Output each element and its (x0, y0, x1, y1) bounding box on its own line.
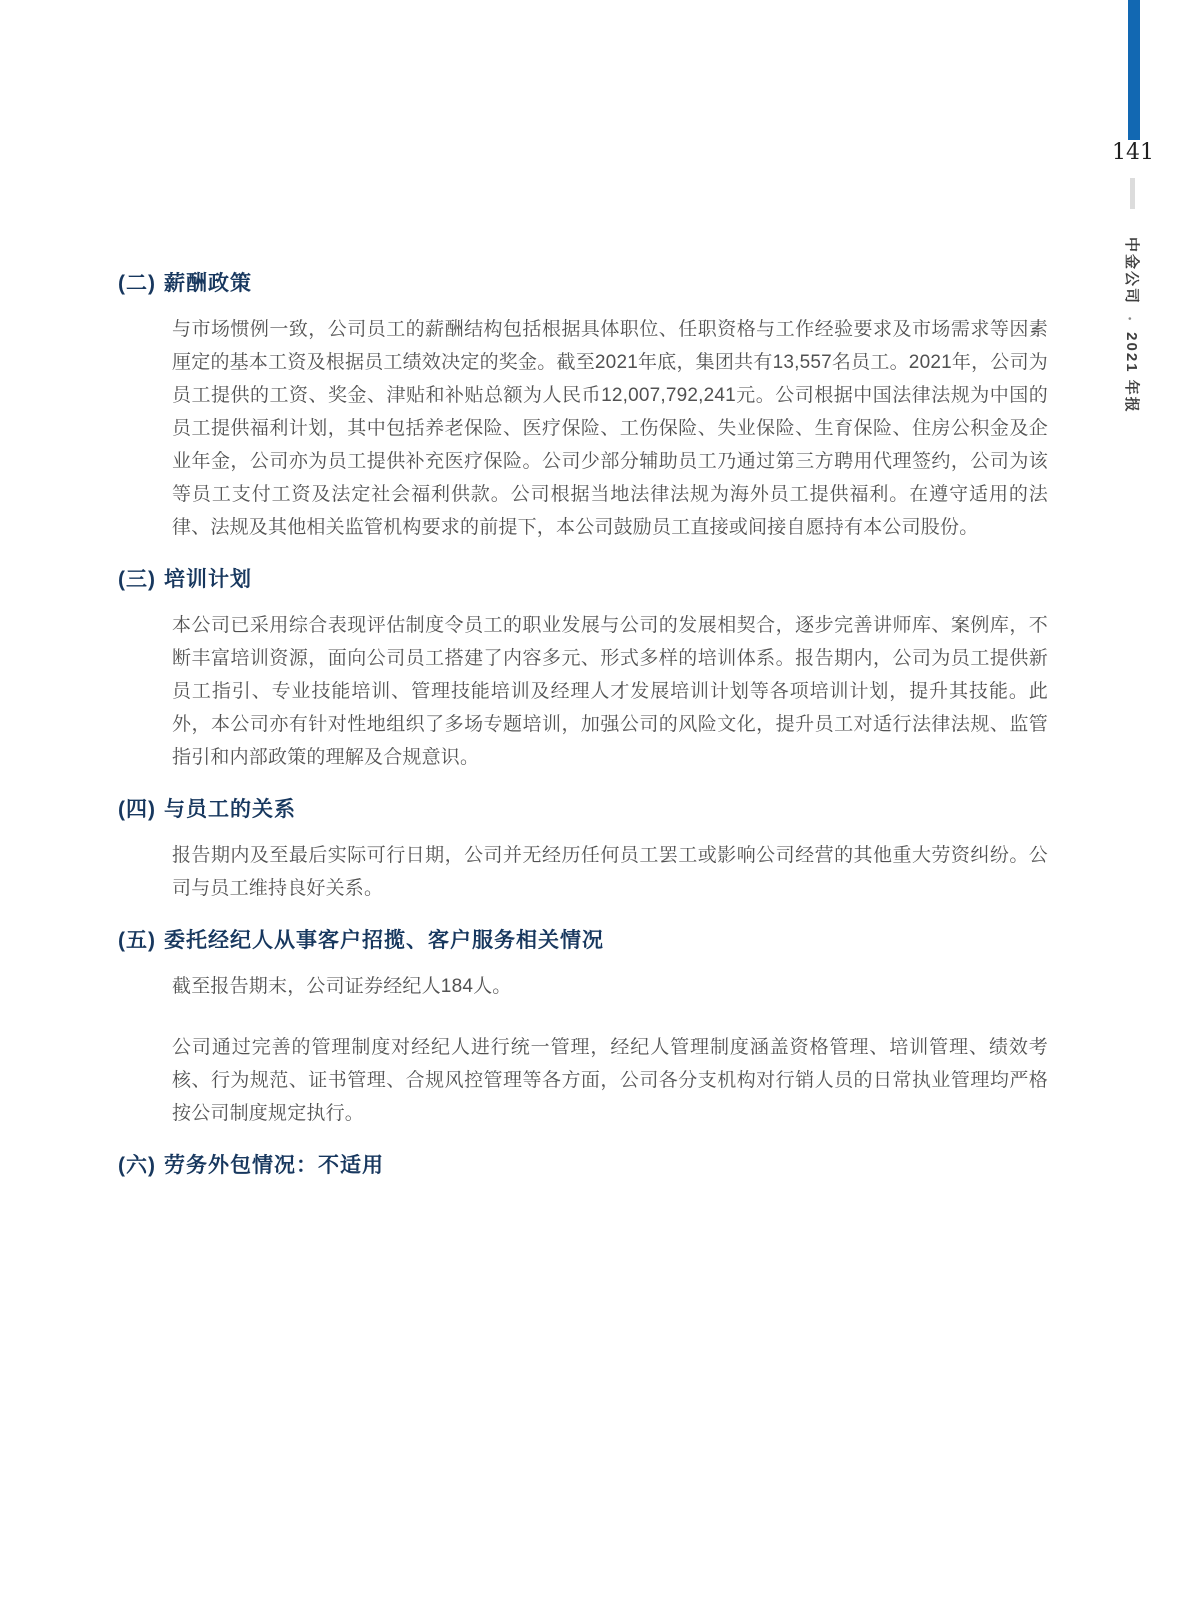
page-number-tick (1130, 178, 1135, 209)
paragraph: 报告期内及至最后实际可行日期，公司并无经历任何员工罢工或影响公司经营的其他重大劳… (172, 839, 1048, 905)
section-number: (三) (118, 568, 156, 591)
side-company-name: 中金公司 (1123, 237, 1140, 305)
section-heading: (二)薪酬政策 (118, 270, 1048, 298)
section-labor-outsourcing: (六)劳务外包情况：不适用 (118, 1152, 1048, 1180)
section-heading: (五)委托经纪人从事客户招揽、客户服务相关情况 (118, 927, 1048, 955)
section-training-plan: (三)培训计划 本公司已采用综合表现评估制度令员工的职业发展与公司的发展相契合，… (118, 566, 1048, 774)
side-separator-dot: • (1125, 317, 1135, 320)
paragraph: 与市场惯例一致，公司员工的薪酬结构包括根据具体职位、任职资格与工作经验要求及市场… (172, 313, 1048, 544)
section-title: 薪酬政策 (164, 272, 252, 295)
section-title: 劳务外包情况：不适用 (164, 1154, 384, 1177)
section-heading: (四)与员工的关系 (118, 796, 1048, 824)
accent-bar (1128, 0, 1140, 140)
paragraph: 公司通过完善的管理制度对经纪人进行统一管理，经纪人管理制度涵盖资格管理、培训管理… (172, 1031, 1048, 1130)
section-number: (六) (118, 1154, 156, 1177)
section-heading: (六)劳务外包情况：不适用 (118, 1152, 1048, 1180)
report-page: 141 中金公司•2021 年报 (二)薪酬政策 与市场惯例一致，公司员工的薪酬… (0, 0, 1190, 1615)
paragraph: 截至报告期末，公司证券经纪人184人。 (172, 970, 1048, 1003)
page-content: (二)薪酬政策 与市场惯例一致，公司员工的薪酬结构包括根据具体职位、任职资格与工… (118, 270, 1048, 1195)
section-number: (五) (118, 929, 156, 952)
section-title: 与员工的关系 (164, 798, 296, 821)
side-running-title: 中金公司•2021 年报 (1122, 237, 1143, 414)
section-heading: (三)培训计划 (118, 566, 1048, 594)
section-number: (二) (118, 272, 156, 295)
section-broker-client-services: (五)委托经纪人从事客户招揽、客户服务相关情况 截至报告期末，公司证券经纪人18… (118, 927, 1048, 1130)
page-number: 141 (1103, 140, 1163, 165)
section-title: 培训计划 (164, 568, 252, 591)
side-report-year: 2021 年报 (1123, 332, 1140, 414)
section-compensation-policy: (二)薪酬政策 与市场惯例一致，公司员工的薪酬结构包括根据具体职位、任职资格与工… (118, 270, 1048, 544)
section-employee-relations: (四)与员工的关系 报告期内及至最后实际可行日期，公司并无经历任何员工罢工或影响… (118, 796, 1048, 905)
section-title: 委托经纪人从事客户招揽、客户服务相关情况 (164, 929, 604, 952)
paragraph: 本公司已采用综合表现评估制度令员工的职业发展与公司的发展相契合，逐步完善讲师库、… (172, 609, 1048, 774)
section-number: (四) (118, 798, 156, 821)
